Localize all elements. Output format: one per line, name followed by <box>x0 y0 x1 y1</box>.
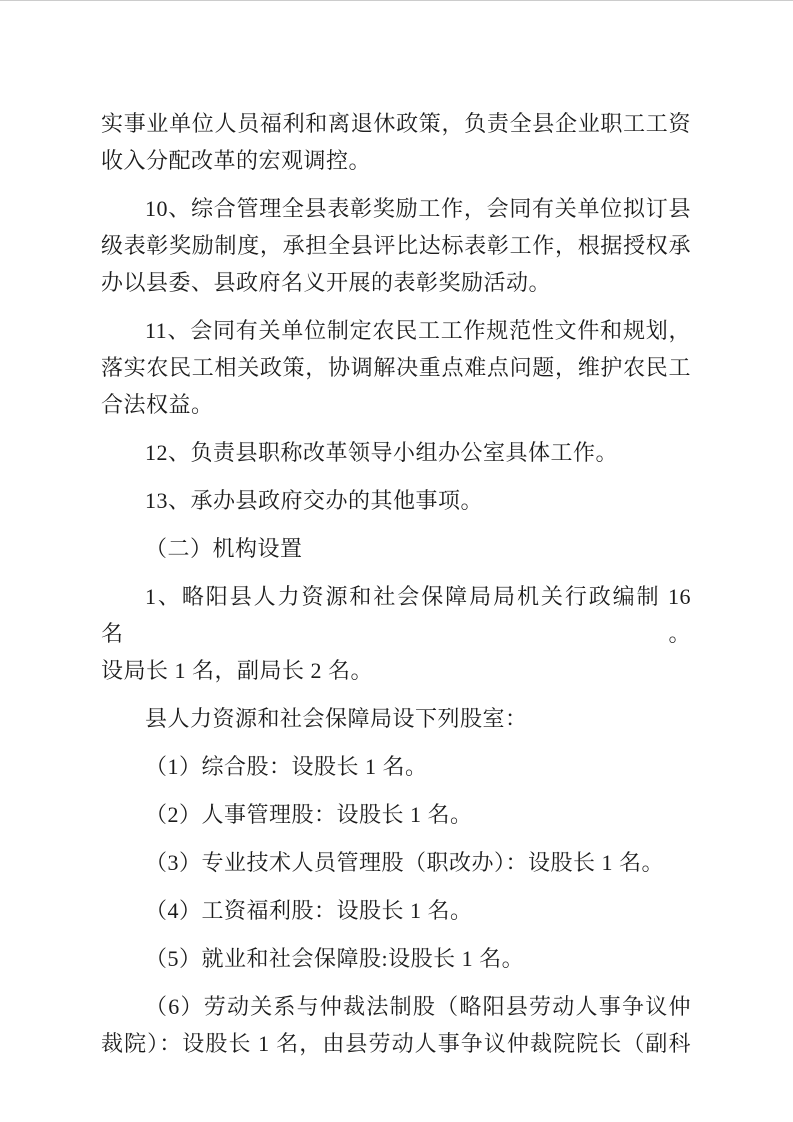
text-line: （2）人事管理股：设股长 1 名。 <box>101 796 691 833</box>
text-line: 1、略阳县人力资源和社会保障局局机关行政编制 16 名。 <box>101 578 691 652</box>
text-line: （5）就业和社会保障股:设股长 1 名。 <box>101 940 691 977</box>
document-page: 实事业单位人员福利和离退休政策，负责全县企业职工工资收入分配改革的宏观调控。10… <box>0 0 793 1122</box>
text-line: 县人力资源和社会保障局设下列股室： <box>101 700 691 737</box>
text-line: （3）专业技术人员管理股（职改办）：设股长 1 名。 <box>101 844 691 881</box>
text-line: 落实农民工相关政策，协调解决重点难点问题，维护农民工 <box>101 349 691 386</box>
page-top-edge <box>0 0 793 1</box>
text-line: 13、承办县政府交办的其他事项。 <box>101 482 691 519</box>
text-line: 收入分配改革的宏观调控。 <box>101 142 691 179</box>
text-line: （4）工资福利股：设股长 1 名。 <box>101 892 691 929</box>
text-line: 实事业单位人员福利和离退休政策，负责全县企业职工工资 <box>101 105 691 142</box>
text-line: 办以县委、县政府名义开展的表彰奖励活动。 <box>101 264 691 301</box>
text-line: 11、会同有关单位制定农民工工作规范性文件和规划， <box>101 312 691 349</box>
text-line: 10、综合管理全县表彰奖励工作，会同有关单位拟订县 <box>101 190 691 227</box>
text-line: （二）机构设置 <box>101 530 691 567</box>
text-line: （6）劳动关系与仲裁法制股（略阳县劳动人事争议仲 <box>101 988 691 1025</box>
text-line: （1）综合股：设股长 1 名。 <box>101 748 691 785</box>
document-body: 实事业单位人员福利和离退休政策，负责全县企业职工工资收入分配改革的宏观调控。10… <box>101 105 691 1062</box>
text-line: 设局长 1 名，副局长 2 名。 <box>101 652 691 689</box>
text-line: 级表彰奖励制度，承担全县评比达标表彰工作，根据授权承 <box>101 227 691 264</box>
text-line: 裁院）：设股长 1 名，由县劳动人事争议仲裁院院长（副科 <box>101 1025 691 1062</box>
text-line: 合法权益。 <box>101 386 691 423</box>
text-line: 12、负责县职称改革领导小组办公室具体工作。 <box>101 434 691 471</box>
